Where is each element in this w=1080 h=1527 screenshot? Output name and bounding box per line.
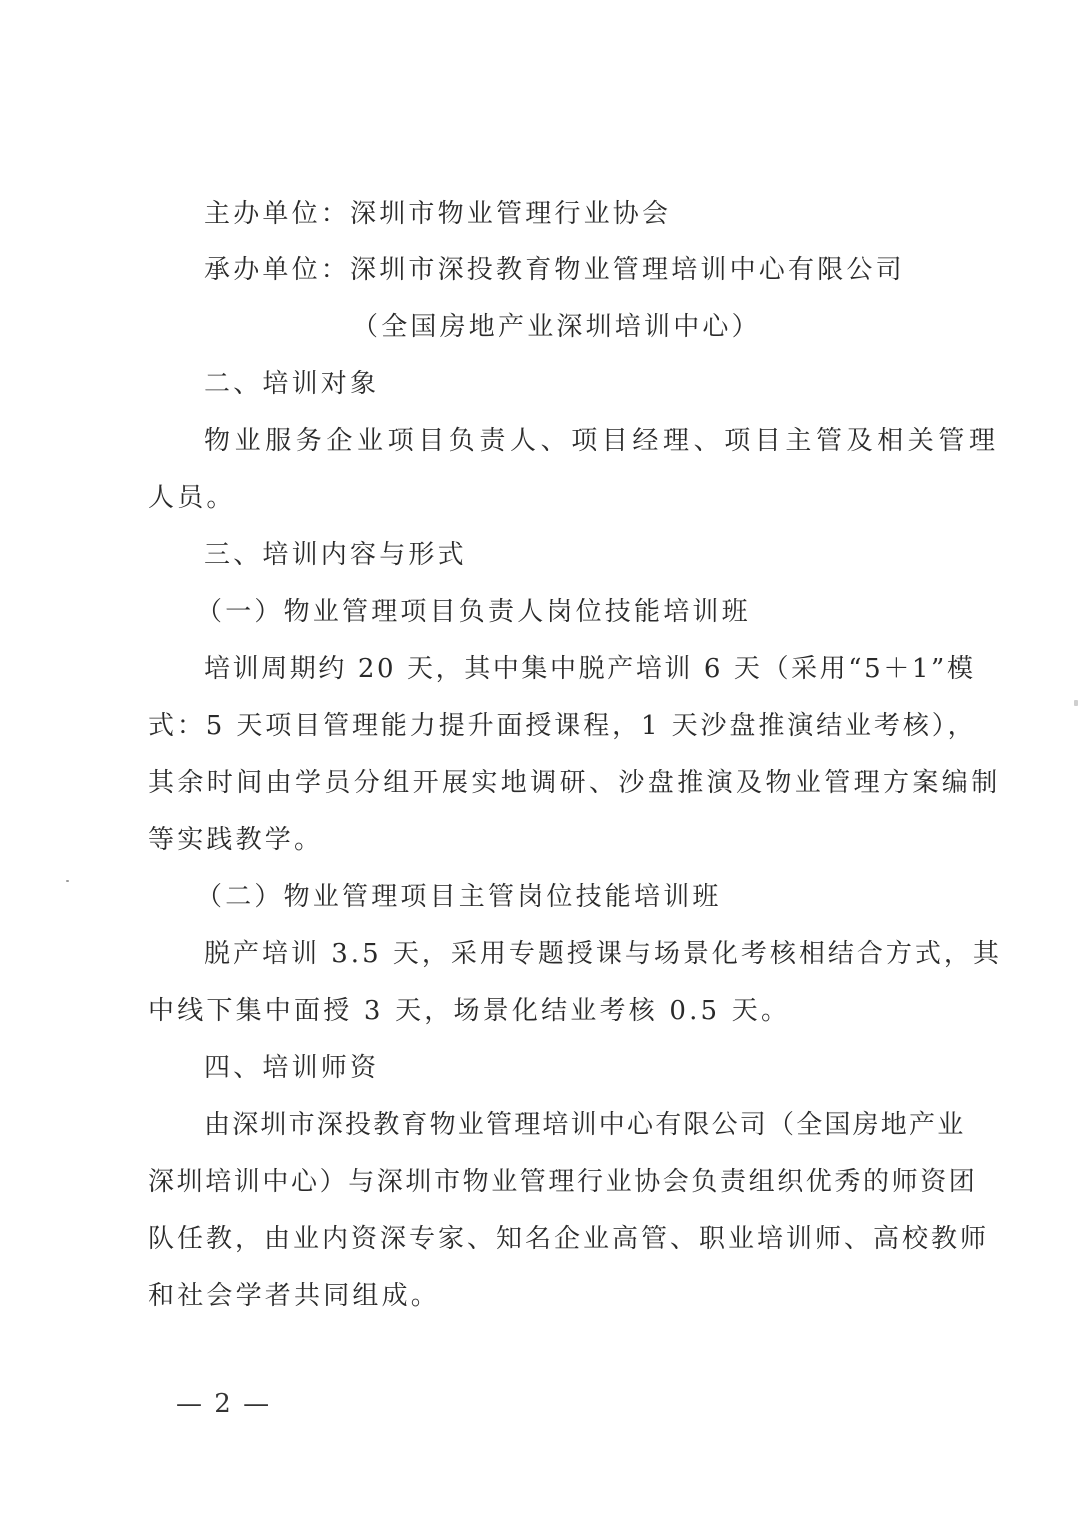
page-number: — 2 — <box>176 1387 271 1421</box>
paragraph-line: 培训周期约 20 天，其中集中脱产培训 6 天（采用“5＋1”模 <box>204 652 1004 686</box>
paragraph-line: 等实践教学。 <box>148 823 948 857</box>
section-heading-2: 二、培训对象 <box>204 367 1004 401</box>
scan-speck <box>66 880 69 882</box>
paragraph-line: 式：5 天项目管理能力提升面授课程，1 天沙盘推演结业考核）， <box>148 709 948 743</box>
section-heading-3: 三、培训内容与形式 <box>204 538 1004 572</box>
subsection-heading-2: （二）物业管理项目主管岗位技能培训班 <box>196 880 996 914</box>
paragraph-line: 队任教，由业内资深专家、知名企业高管、职业培训师、高校教师 <box>148 1222 948 1256</box>
paragraph-line: 中线下集中面授 3 天，场景化结业考核 0.5 天。 <box>148 994 948 1028</box>
paragraph-line: 脱产培训 3.5 天，采用专题授课与场景化考核相结合方式，其 <box>204 937 1004 971</box>
section-heading-4: 四、培训师资 <box>204 1051 1004 1085</box>
paragraph-line: 和社会学者共同组成。 <box>148 1279 948 1313</box>
paragraph-line: 其余时间由学员分组开展实地调研、沙盘推演及物业管理方案编制 <box>148 766 948 800</box>
organizer-line: 主办单位：深圳市物业管理行业协会 <box>204 197 1004 231</box>
paragraph-line: 物业服务企业项目负责人、项目经理、项目主管及相关管理 <box>204 424 1004 458</box>
document-page: 主办单位：深圳市物业管理行业协会 承办单位：深圳市深投教育物业管理培训中心有限公… <box>0 0 1080 1527</box>
co-organizer-alias-line: （全国房地产业深圳培训中心） <box>352 310 1080 344</box>
paragraph-line: 深圳培训中心）与深圳市物业管理行业协会负责组织优秀的师资团 <box>148 1165 948 1199</box>
co-organizer-line: 承办单位：深圳市深投教育物业管理培训中心有限公司 <box>204 253 1004 287</box>
subsection-heading-1: （一）物业管理项目负责人岗位技能培训班 <box>196 595 996 629</box>
paragraph-line: 由深圳市深投教育物业管理培训中心有限公司（全国房地产业 <box>204 1108 1004 1142</box>
scan-speck <box>1074 700 1078 706</box>
paragraph-line: 人员。 <box>148 481 948 515</box>
